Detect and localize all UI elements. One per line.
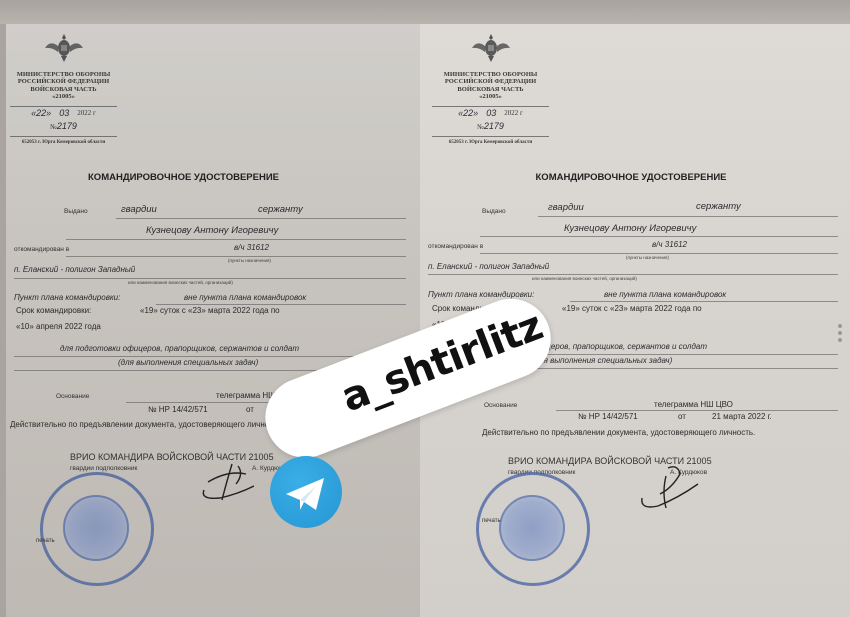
full-name: Кузнецову Антону Игоревичу [146, 225, 278, 236]
double-headed-eagle-emblem-icon [44, 32, 84, 64]
document-header: МИНИСТЕРСТВО ОБОРОНЫ РОССИЙСКОЙ ФЕДЕРАЦИ… [428, 32, 553, 146]
document-number: №2179 [428, 123, 553, 132]
underline [480, 236, 838, 237]
header-divider [432, 106, 549, 107]
date-year: 2022 г [77, 110, 96, 118]
underline [538, 216, 838, 217]
signature [198, 462, 268, 502]
validity-note: Действительно по предъявлении документа,… [10, 420, 283, 429]
date-day: «22» [458, 110, 478, 118]
underline [480, 253, 838, 254]
rank-part-1: гвардии [548, 202, 584, 213]
unit-address: 652053 г. Юрга Кемеровской области [432, 136, 549, 147]
travel-certificate-left: МИНИСТЕРСТВО ОБОРОНЫ РОССИЙСКОЙ ФЕДЕРАЦИ… [6, 24, 421, 617]
underline [14, 278, 406, 279]
location-caption: или наименования воинских частей, органи… [532, 276, 637, 281]
sent-label: откомандирован в [428, 243, 483, 250]
number-prefix: № [477, 123, 484, 131]
photo-background [0, 0, 850, 24]
basis-date: 21 марта 2022 г. [712, 412, 772, 421]
destination-unit: в/ч 31612 [652, 240, 687, 249]
number-prefix: № [50, 123, 57, 131]
destination-unit: в/ч 31612 [234, 243, 269, 252]
signatory-rank: гвардии подполковник [70, 465, 137, 472]
plan-label: Пункт плана командировки: [14, 293, 120, 302]
unit-address: 652053 г. Юрга Кемеровской области [10, 136, 117, 147]
underline [570, 301, 838, 302]
org-line-1: МИНИСТЕРСТВО ОБОРОНЫ [6, 71, 121, 79]
purpose-line-2: (для выполнения специальных задач) [532, 356, 672, 365]
plan-value: вне пункта плана командировок [604, 290, 726, 299]
unit-number: «21005» [428, 93, 553, 101]
number-value: 2179 [484, 121, 504, 131]
full-name: Кузнецову Антону Игоревичу [564, 223, 696, 234]
official-stamp [40, 472, 154, 586]
location: п. Еланский - полигон Западный [14, 265, 135, 274]
telegram-icon [270, 456, 342, 528]
official-stamp [476, 472, 590, 586]
underline [14, 356, 406, 357]
number-value: 2179 [57, 121, 77, 131]
basis-label: Основание [484, 402, 517, 409]
underline [156, 304, 406, 305]
underline [66, 239, 406, 240]
destination-caption: (пункты назначения) [626, 255, 669, 260]
term-end: «10» апреля 2022 года [16, 322, 101, 331]
underline [556, 410, 838, 411]
plan-value: вне пункта плана командировок [184, 293, 306, 302]
basis-number: № НР 14/42/571 [148, 405, 208, 414]
stamp-label: печать [36, 538, 55, 544]
basis-label: Основание [56, 393, 89, 400]
date-month: 03 [59, 110, 69, 118]
unit-number: «21005» [6, 93, 121, 101]
underline [66, 256, 406, 257]
term-label: Срок командировки: [16, 306, 91, 315]
basis-from: от [678, 412, 686, 421]
underline [428, 274, 838, 275]
rank-part-1: гвардии [121, 204, 157, 215]
issued-label: Выдано [482, 208, 506, 215]
stamp-label: печать [482, 518, 501, 524]
location-caption: или наименования воинских частей, органи… [128, 280, 233, 285]
signatory-title: ВРИО КОМАНДИРА ВОЙСКОВОЙ ЧАСТИ 21005 [70, 452, 274, 462]
basis-number: № НР 14/42/571 [578, 412, 638, 421]
document-title: КОМАНДИРОВОЧНОЕ УДОСТОВЕРЕНИЕ [416, 172, 846, 183]
term-value: «19» суток с «23» марта 2022 года по [562, 304, 702, 313]
document-header: МИНИСТЕРСТВО ОБОРОНЫ РОССИЙСКОЙ ФЕДЕРАЦИ… [6, 32, 121, 146]
validity-note: Действительно по предъявлении документа,… [482, 428, 755, 437]
date-year: 2022 г [504, 110, 523, 118]
term-value: «19» суток с «23» марта 2022 года по [140, 306, 280, 315]
org-line-2: РОССИЙСКОЙ ФЕДЕРАЦИИ [6, 78, 121, 86]
purpose-line-2: (для выполнения специальных задач) [118, 358, 258, 367]
basis-value: телеграмма НШ ЦВО [654, 400, 733, 409]
rank-part-2: сержанту [696, 201, 741, 212]
document-title: КОМАНДИРОВОЧНОЕ УДОСТОВЕРЕНИЕ [0, 172, 391, 183]
basis-from: от [246, 405, 254, 414]
stamp-eagle-icon [63, 495, 129, 561]
header-divider [10, 106, 117, 107]
org-line-3: ВОЙСКОВАЯ ЧАСТЬ [6, 86, 121, 94]
issue-date: «22» 03 2022 г [428, 110, 553, 118]
sent-label: откомандирован в [14, 246, 69, 253]
signature [638, 462, 708, 512]
more-options-dots-icon [838, 324, 842, 345]
stamp-eagle-icon [499, 495, 565, 561]
double-headed-eagle-emblem-icon [471, 32, 511, 64]
org-line-1: МИНИСТЕРСТВО ОБОРОНЫ [428, 71, 553, 79]
issued-label: Выдано [64, 208, 88, 215]
purpose-line-1: для подготовки офицеров, прапорщиков, се… [60, 344, 299, 353]
rank-part-2: сержанту [258, 204, 303, 215]
org-line-2: РОССИЙСКОЙ ФЕДЕРАЦИИ [428, 78, 553, 86]
date-month: 03 [486, 110, 496, 118]
underline [116, 218, 406, 219]
plan-label: Пункт плана командировки: [428, 290, 534, 299]
date-day: «22» [31, 110, 51, 118]
document-number: №2179 [6, 123, 121, 132]
destination-caption: (пункты назначения) [228, 258, 271, 263]
location: п. Еланский - полигон Западный [428, 262, 549, 271]
org-line-3: ВОЙСКОВАЯ ЧАСТЬ [428, 86, 553, 94]
issue-date: «22» 03 2022 г [6, 110, 121, 118]
